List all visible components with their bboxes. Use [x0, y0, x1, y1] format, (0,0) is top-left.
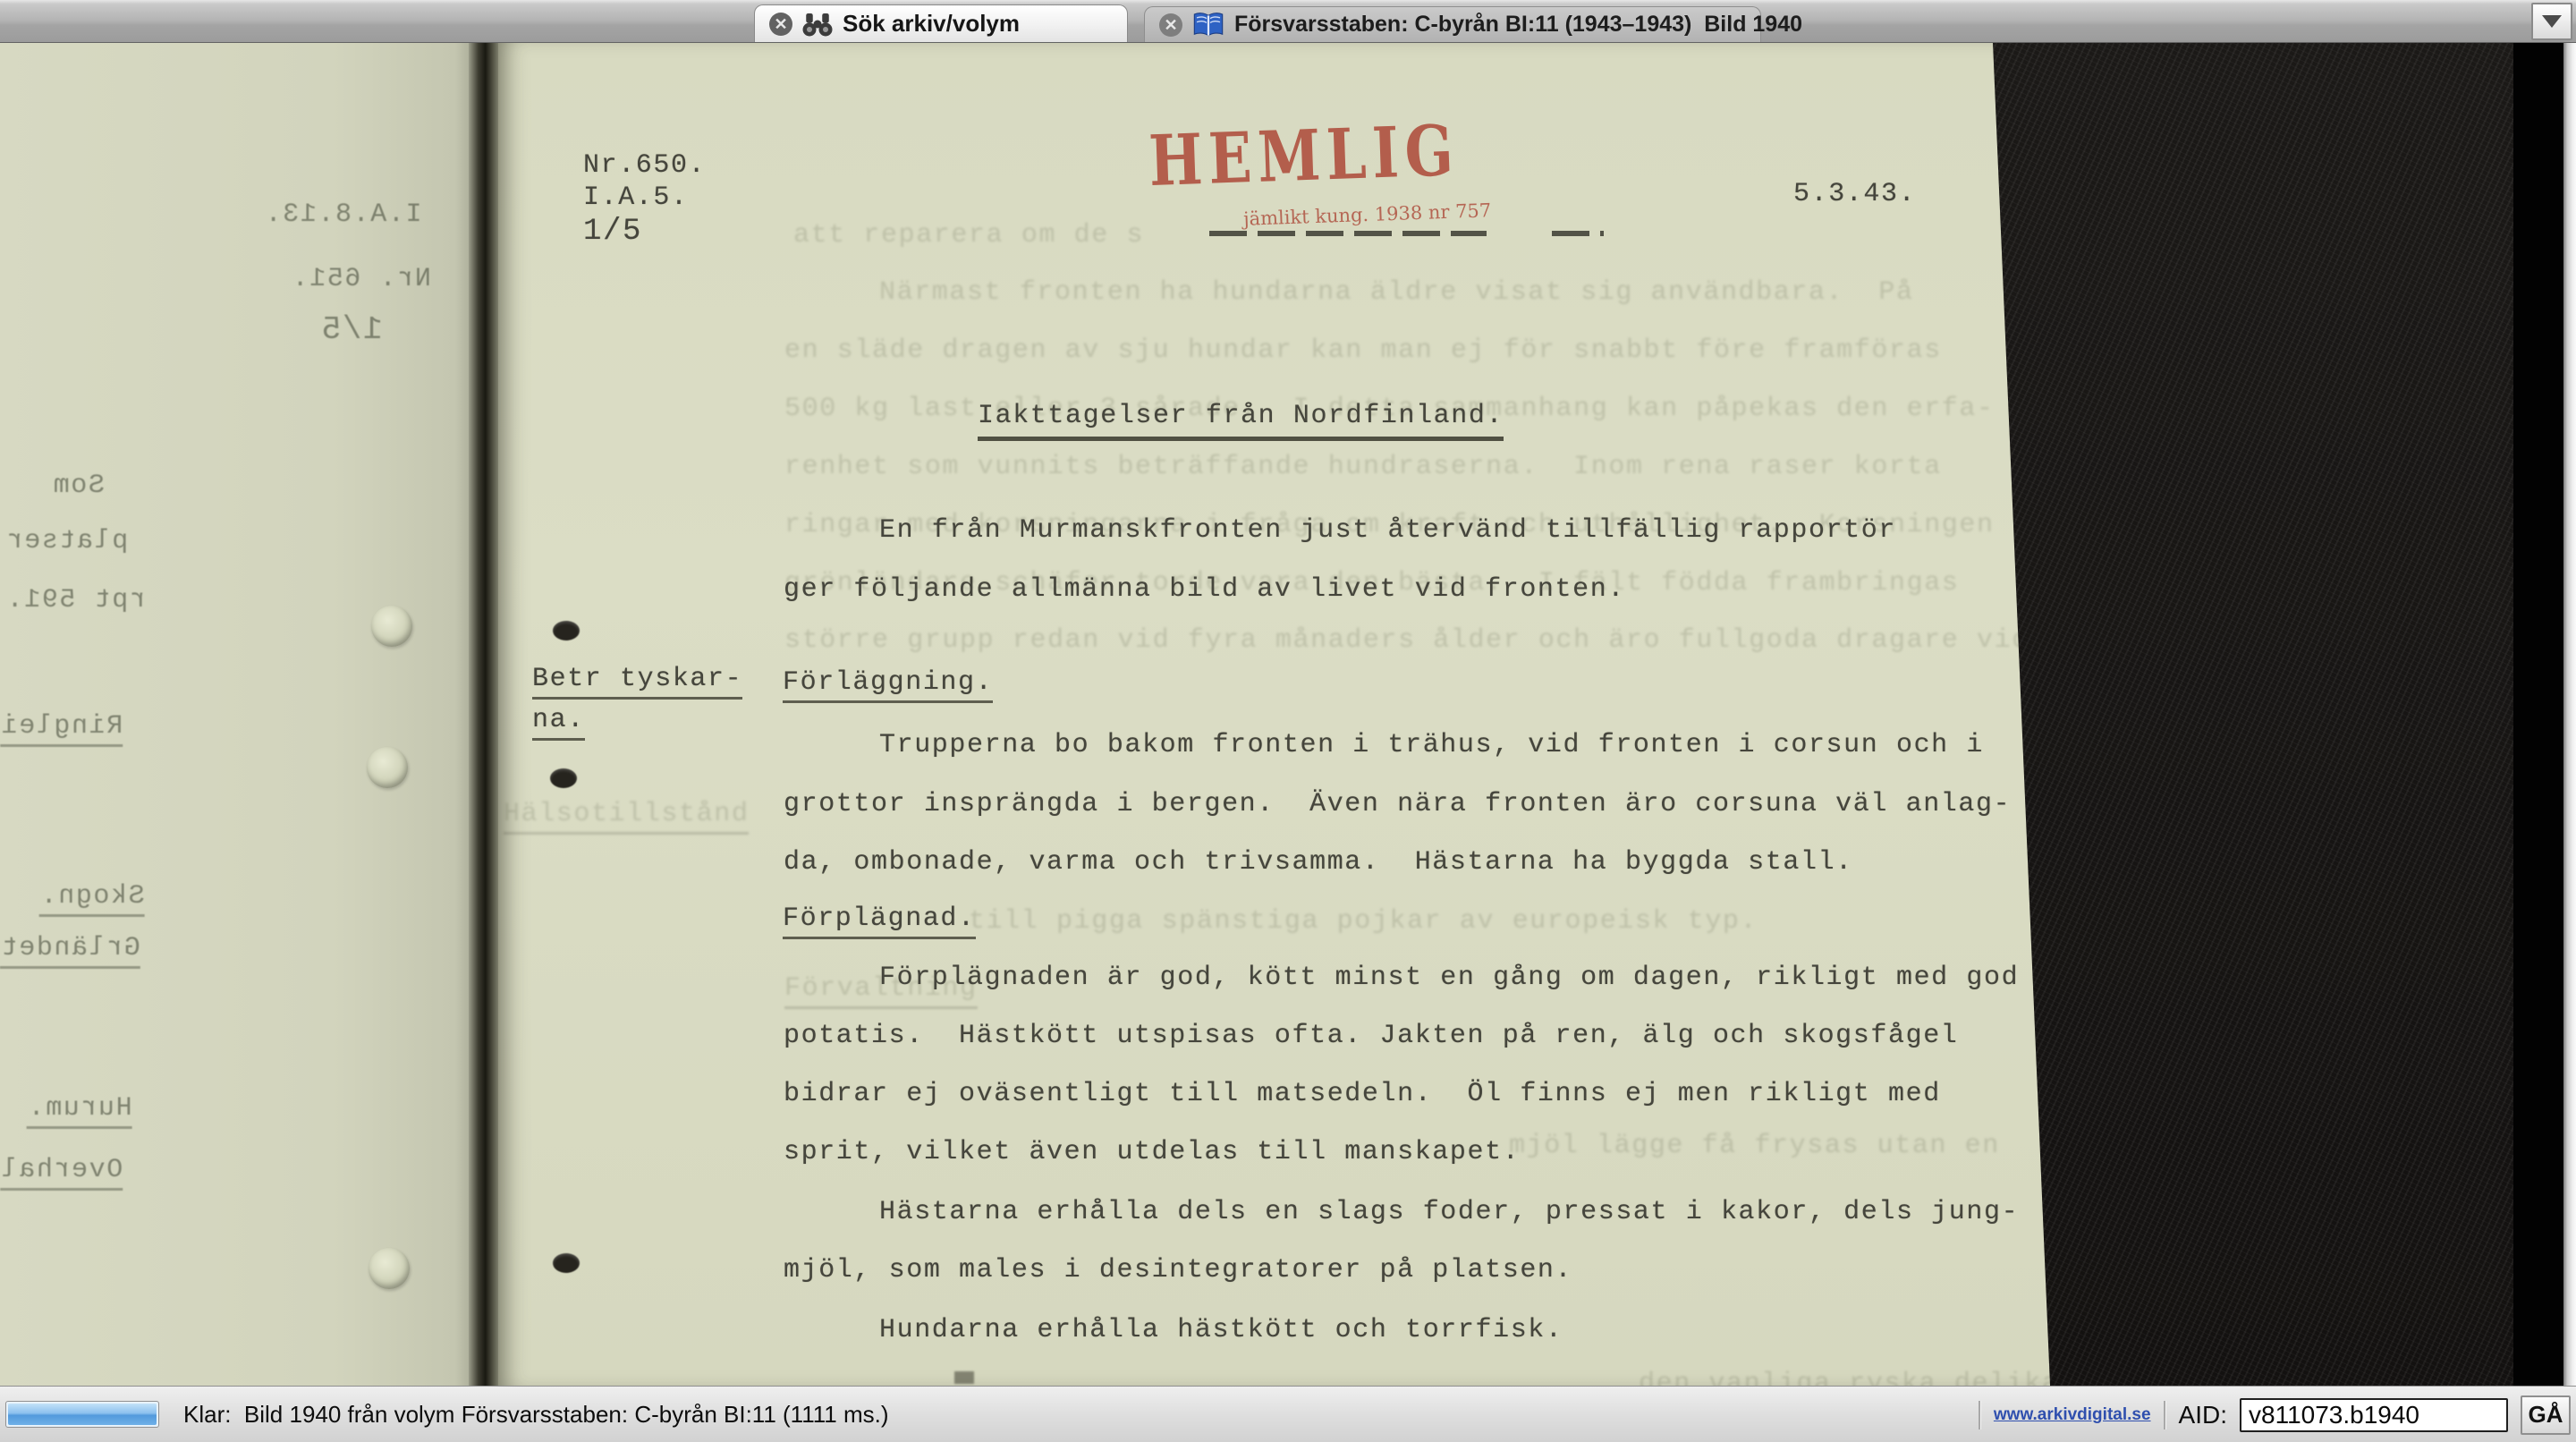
vertical-scrollbar[interactable]: [2563, 43, 2576, 1386]
document-page-scan: att reparera om de s Närmast fronten ha …: [498, 43, 2050, 1386]
doc-date: 5.3.43.: [1793, 179, 1916, 209]
punch-hole: [371, 606, 412, 647]
left-page-scan: I.A.8.13. Nr. 651. 1/5 Som platser rpt 5…: [0, 43, 474, 1386]
punch-hole: [367, 747, 408, 788]
clipped-line-fragment: [954, 1371, 974, 1384]
separator: [1979, 1401, 1981, 1429]
doc-line: En från Murmanskfronten just återvänd ti…: [879, 515, 1896, 546]
black-backing: [2513, 43, 2563, 1386]
doc-margin-note: na.: [532, 705, 585, 741]
secret-stamp-subtitle: jämlikt kung. 1938 nr 757: [1243, 199, 1492, 230]
go-button[interactable]: GÅ: [2521, 1395, 2571, 1435]
bleed-fragment: Nr. 651.: [291, 264, 431, 294]
aid-label: AID:: [2179, 1401, 2227, 1429]
tab-label: Försvarsstaben: C-byrån BI:11 (1943–1943…: [1234, 12, 1802, 38]
doc-line: mjöl, som males i desintegratorer på pla…: [784, 1255, 1572, 1285]
bleed-line: en släde dragen av sju hundar kan man ej…: [784, 335, 1942, 366]
doc-ref-section: I.A.5.: [583, 182, 689, 213]
tab-bar: ✕ Sök arkiv/volym ✕ Försvarsstaben: C-by…: [0, 0, 2576, 43]
bleed-fragment: Som: [52, 471, 105, 501]
tab-volume-image[interactable]: ✕ Försvarsstaben: C-byrån BI:11 (1943–19…: [1144, 6, 1761, 42]
bleed-fragment: rpt 591.: [5, 585, 146, 615]
bleed-line: större grupp redan vid fyra månaders åld…: [784, 625, 2029, 656]
page-gutter-shadow: [469, 43, 501, 1386]
book-icon: [1191, 12, 1225, 38]
secret-stamp: HEMLIG: [1148, 109, 1461, 202]
doc-ref-fraction: 1/5: [583, 215, 642, 249]
scan-viewport[interactable]: I.A.8.13. Nr. 651. 1/5 Som platser rpt 5…: [0, 43, 2576, 1386]
bleed-fragment: platser: [5, 526, 128, 556]
bleed-fragment: Ringlei: [0, 711, 123, 747]
bleed-line: Närmast fronten ha hundarna äldre visat …: [879, 277, 1914, 308]
bleed-fragment: Overhal: [0, 1155, 123, 1191]
arkivdigital-link[interactable]: www.arkivdigital.se: [1994, 1405, 2151, 1425]
doc-heading: Förplägnad.: [783, 903, 976, 939]
bleed-fragment: Grländet: [0, 933, 140, 969]
aid-input[interactable]: [2240, 1398, 2508, 1432]
doc-line: Hundarna erhålla hästkött och torrfisk.: [879, 1315, 1563, 1345]
bleed-fragment: Hurum.: [27, 1093, 132, 1129]
doc-ref-number: Nr.650.: [583, 150, 706, 181]
doc-line: potatis. Hästkött utspisas ofta. Jakten …: [784, 1021, 1958, 1051]
doc-line: grottor insprängda i bergen. Även nära f…: [784, 789, 2011, 819]
stamp-underline: [1209, 231, 1487, 236]
doc-line: Hästarna erhålla dels en slags foder, pr…: [879, 1197, 2019, 1227]
tab-list-dropdown-button[interactable]: [2531, 3, 2572, 40]
book-cover-leather: [1968, 43, 2515, 1386]
doc-heading: Förläggning.: [783, 667, 993, 703]
separator: [2164, 1401, 2166, 1429]
close-tab-icon[interactable]: ✕: [769, 13, 792, 36]
chevron-down-icon: [2542, 15, 2562, 28]
bleed-fragment: Skogn.: [39, 881, 145, 917]
doc-line: ger följande allmänna bild av livet vid …: [784, 574, 1625, 605]
bleed-line: mjöl lägge få frysas utan en: [1509, 1131, 2000, 1161]
status-bar: Klar: Bild 1940 från volym Försvarsstabe…: [0, 1386, 2576, 1442]
doc-line: Trupperna bo bakom fronten i trähus, vid…: [879, 730, 1984, 760]
load-progress-fill: [8, 1404, 157, 1425]
status-message: Klar: Bild 1940 från volym Försvarsstabe…: [183, 1387, 889, 1442]
bleed-line: den vanliga ryska delikat: [1639, 1369, 2077, 1386]
tab-label: Sök arkiv/volym: [843, 10, 1020, 38]
ink-dot: [553, 621, 580, 640]
bleed-line: renhet som vunnits beträffande hundraser…: [784, 452, 1942, 482]
doc-margin-note: Betr tyskar-: [532, 664, 742, 700]
bleed-fragment: I.A.8.13.: [264, 199, 421, 230]
doc-line: Förplägnaden är god, kött minst en gång …: [879, 963, 2019, 993]
doc-title: Iakttagelser från Nordfinland.: [978, 401, 1504, 441]
tab-search-archive[interactable]: ✕ Sök arkiv/volym: [754, 4, 1128, 42]
bleed-line: till pigga spänstiga pojkar av europeisk…: [969, 906, 1758, 937]
punch-hole: [369, 1248, 410, 1289]
bleed-line: att reparera om de s: [793, 220, 1144, 250]
doc-line: bidrar ej oväsentligt till matsedeln. Öl…: [784, 1079, 1941, 1109]
ink-dot: [553, 1253, 580, 1273]
doc-line: sprit, vilket även utdelas till manskape…: [784, 1137, 1520, 1167]
bleed-line: Hälsotillstånd: [504, 799, 749, 835]
binoculars-icon: [801, 11, 834, 38]
ink-dot: [550, 768, 577, 788]
doc-line: da, ombonade, varma och trivsamma. Hästa…: [784, 847, 1853, 878]
stamp-underline: [1552, 231, 1604, 236]
load-progress-bar: [5, 1401, 159, 1428]
bleed-fragment: 1/5: [320, 311, 383, 348]
close-tab-icon[interactable]: ✕: [1159, 13, 1182, 37]
